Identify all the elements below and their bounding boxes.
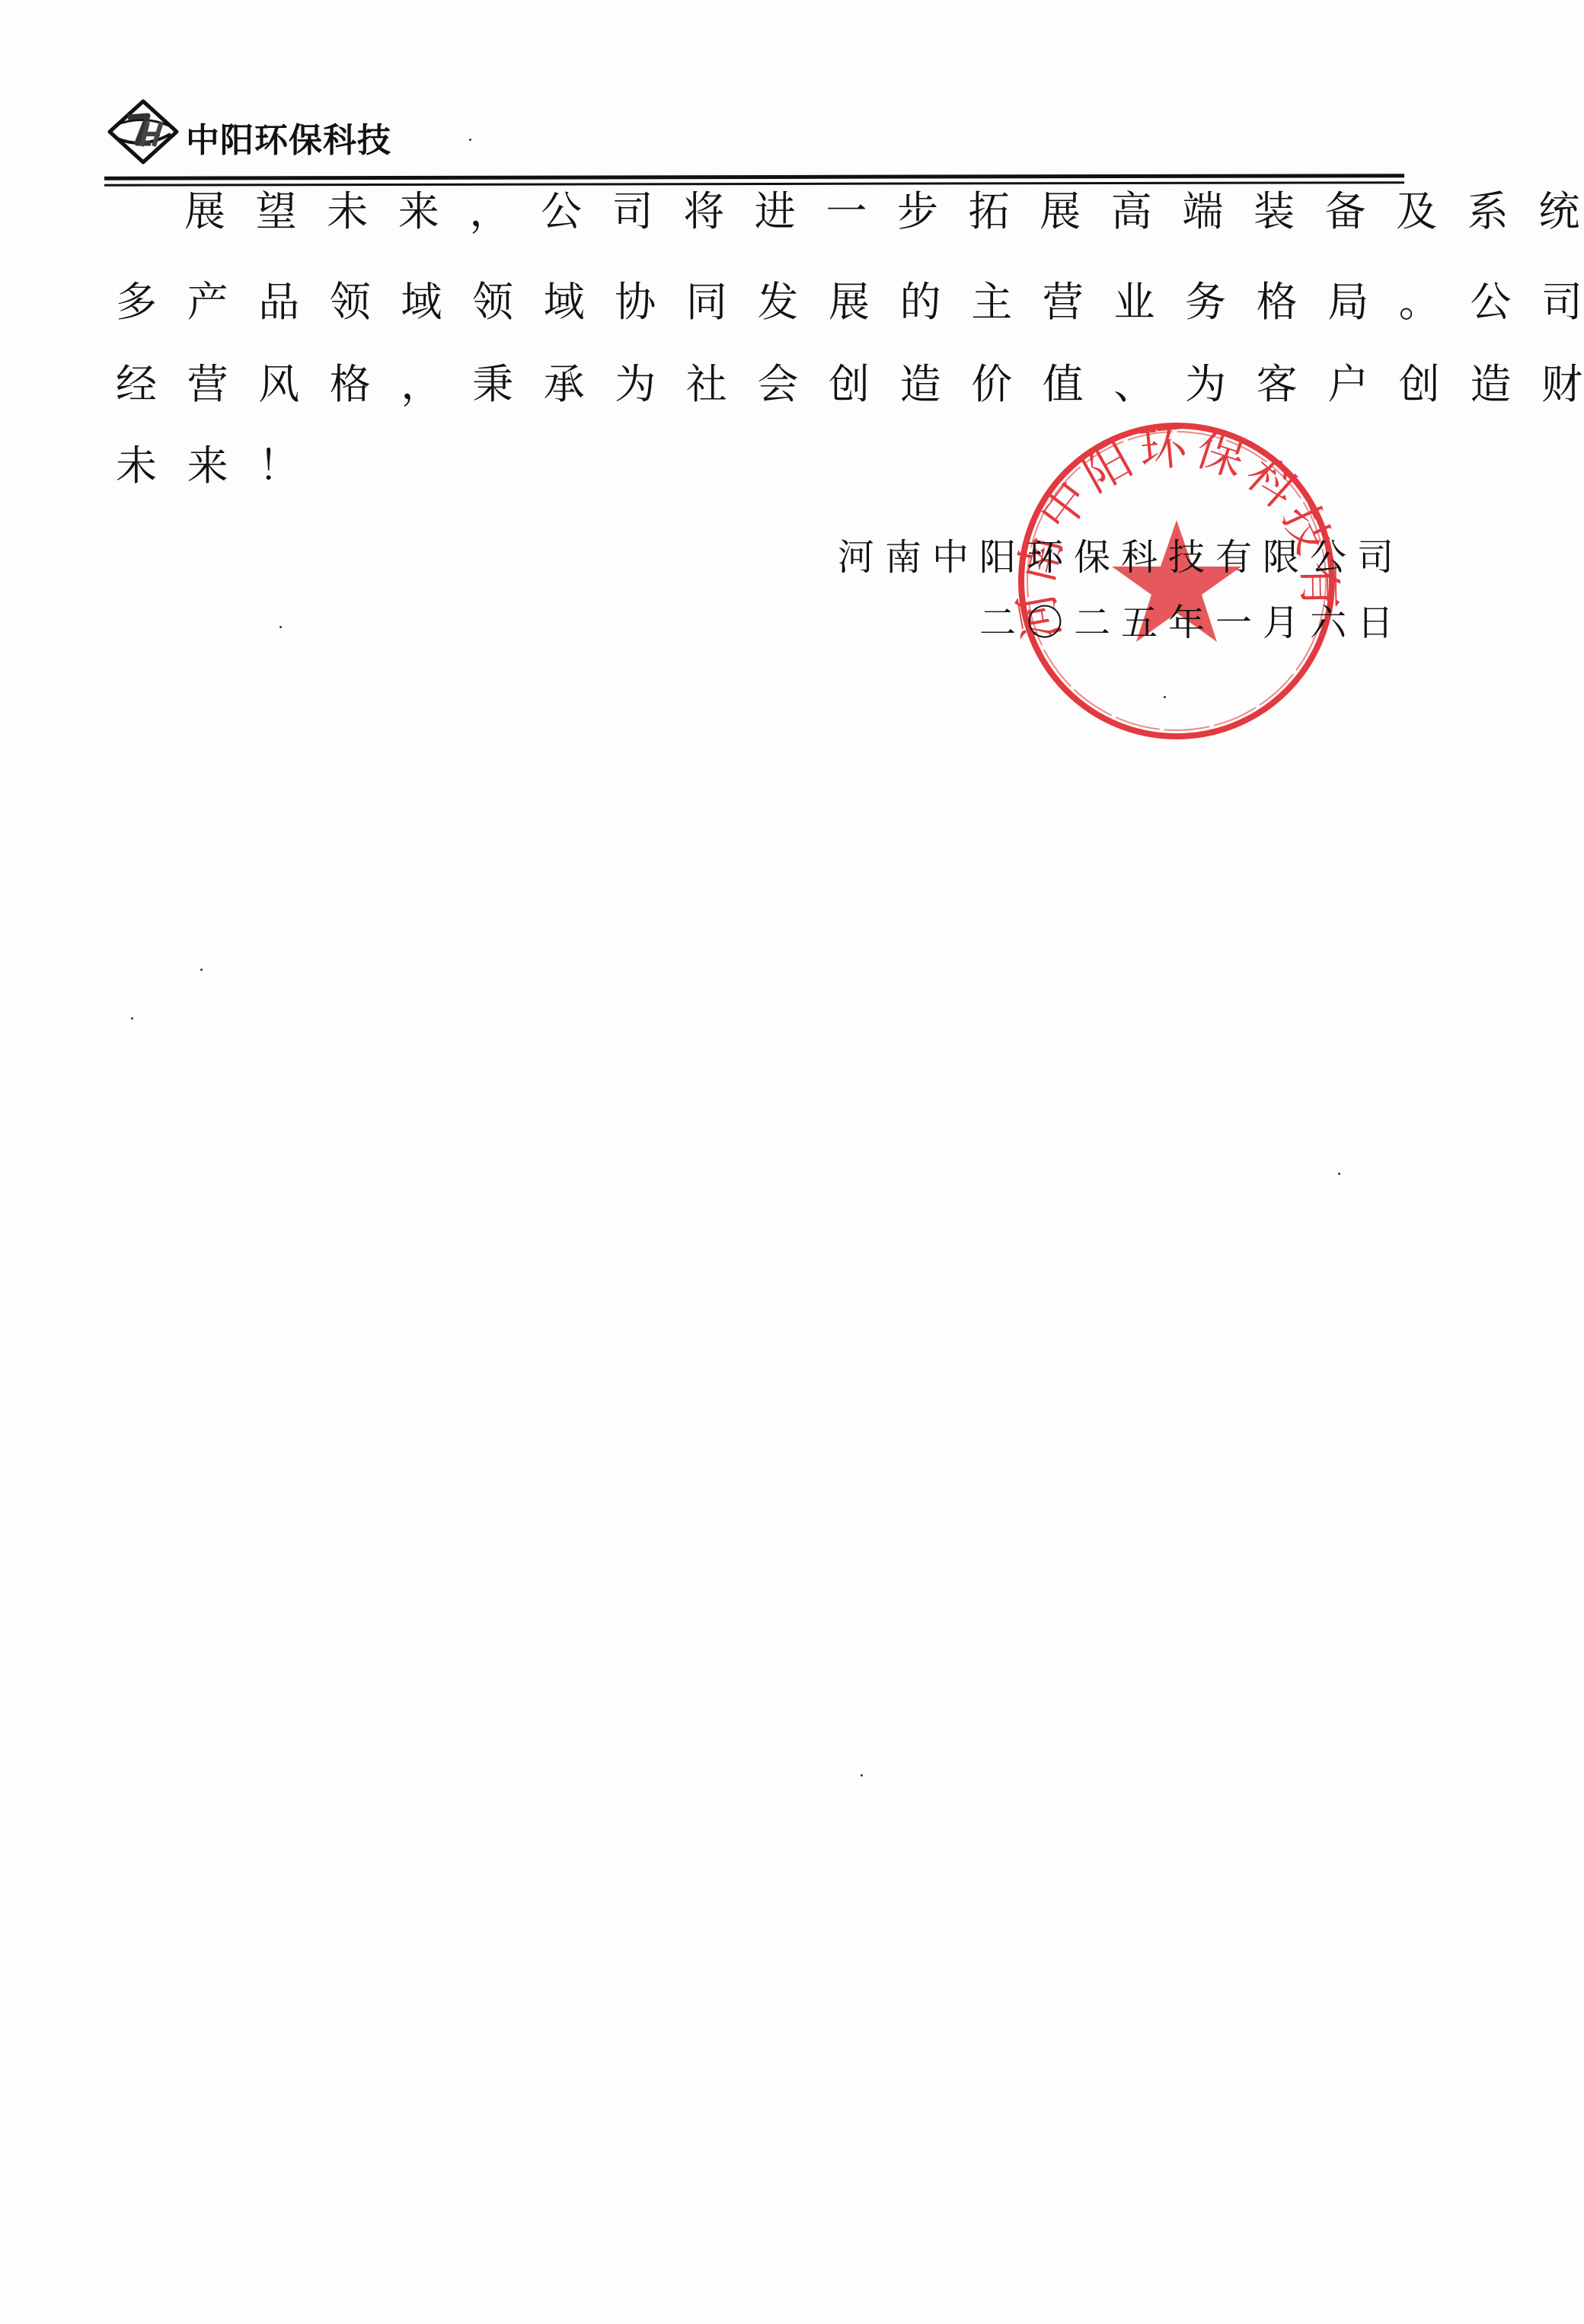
- header-rule-thin: [104, 181, 1404, 187]
- header-rule: [104, 174, 1404, 180]
- body-paragraph-line-1: 展望未来，公司将进一步拓展高端装备及系统的研发制造能力，形成: [184, 189, 1494, 235]
- scan-speck: [200, 969, 203, 971]
- signature-company: 河南中阳环保科技有限公司: [838, 536, 1404, 579]
- body-paragraph-line-2: 多产品领域领域协同发展的主营业务格局。公司将继续坚持以稳健务实的: [116, 279, 1426, 325]
- scan-speck: [131, 1017, 133, 1020]
- body-paragraph-line-3: 经营风格，秉承为社会创造价值、为客户创造财富的使命，与您共创美好: [116, 362, 1426, 407]
- company-logo-icon: [107, 99, 180, 164]
- scan-speck: [1338, 1173, 1340, 1175]
- company-brand-name: 中阳环保科技: [186, 113, 391, 161]
- scan-speck: [861, 1774, 863, 1777]
- scan-speck: [469, 139, 471, 141]
- signature-date: 二〇二五年一月六日: [979, 602, 1404, 644]
- official-seal-icon: 河南中阳环保科技有限公司: [1013, 417, 1340, 745]
- scan-speck: [279, 626, 282, 628]
